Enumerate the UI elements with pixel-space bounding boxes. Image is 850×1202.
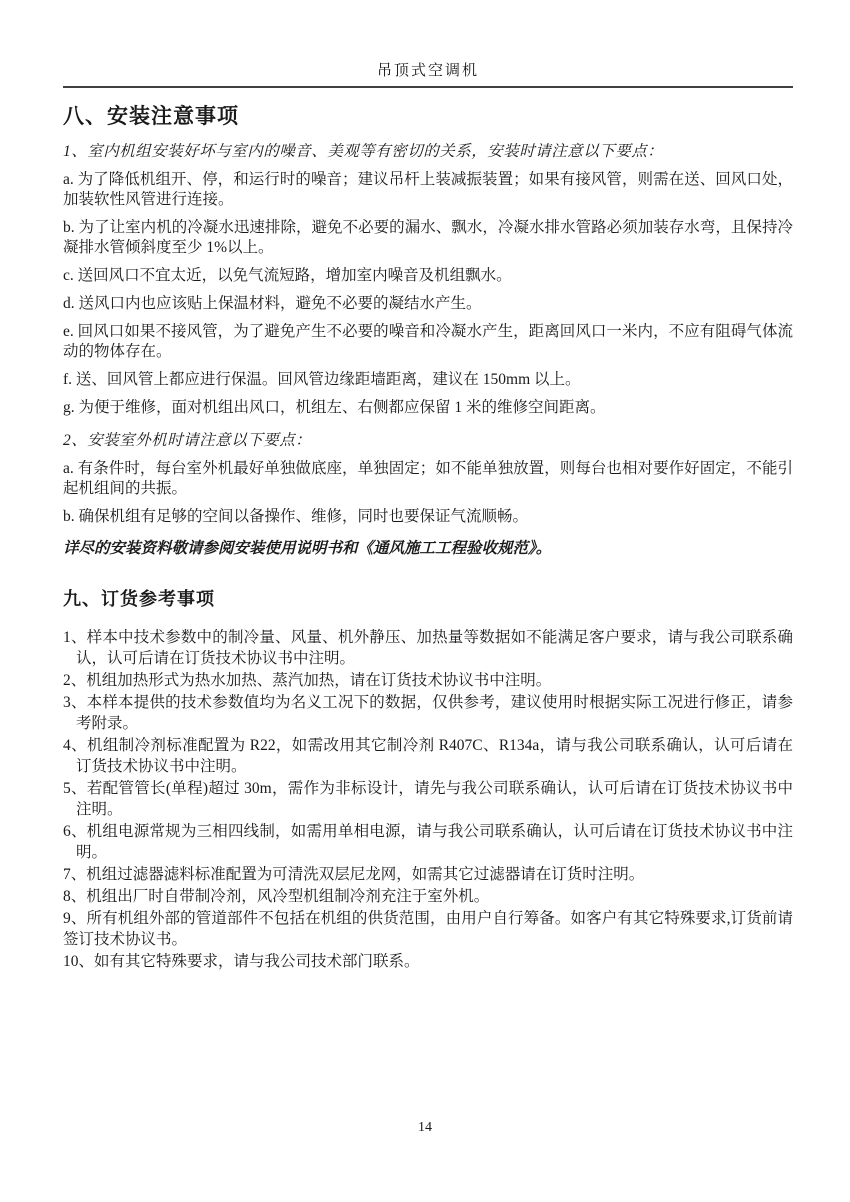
list-item-6: 6、机组电源常规为三相四线制，如需用单相电源，请与我公司联系确认，认可后请在订货… xyxy=(63,821,793,863)
paragraph-8-1-e: e. 回风口如果不接风管，为了避免产生不必要的噪音和冷凝水产生，距离回风口一米内… xyxy=(63,322,793,362)
section-8-footnote: 详尽的安装资料敬请参阅安装使用说明书和《通风施工工程验收规范》。 xyxy=(63,539,793,559)
section-9-title: 九、订货参考事项 xyxy=(63,587,793,611)
list-item-4: 4、机组制冷剂标准配置为 R22，如需改用其它制冷剂 R407C、R134a，请… xyxy=(63,735,793,777)
paragraph-8-1-b: b. 为了让室内机的冷凝水迅速排除，避免不必要的漏水、飘水，冷凝水排水管路必须加… xyxy=(63,218,793,258)
header-rule xyxy=(63,86,793,88)
list-item-9: 9、所有机组外部的管道部件不包括在机组的供货范围，由用户自行筹备。如客户有其它特… xyxy=(63,908,793,950)
paragraph-8-1-d: d. 送风口内也应该贴上保温材料，避免不必要的凝结水产生。 xyxy=(63,294,793,314)
ordering-notes-list: 1、样本中技术参数中的制冷量、风量、机外静压、加热量等数据如不能满足客户要求，请… xyxy=(63,627,793,972)
list-item-3: 3、本样本提供的技术参数值均为名义工况下的数据，仅供参考，建议使用时根据实际工况… xyxy=(63,692,793,734)
list-item-10: 10、如有其它特殊要求，请与我公司技术部门联系。 xyxy=(63,951,793,972)
paragraph-8-1-c: c. 送回风口不宜太近，以免气流短路，增加室内噪音及机组飘水。 xyxy=(63,266,793,286)
paragraph-8-1-g: g. 为便于维修，面对机组出风口，机组左、右侧都应保留 1 米的维修空间距离。 xyxy=(63,398,793,418)
section-8-item-1-heading: 1、室内机组安装好坏与室内的噪音、美观等有密切的关系，安装时请注意以下要点： xyxy=(63,142,793,162)
section-8-item-2-heading: 2、安装室外机时请注意以下要点： xyxy=(63,431,793,451)
document-page: 吊顶式空调机 八、安装注意事项 1、室内机组安装好坏与室内的噪音、美观等有密切的… xyxy=(0,0,850,1202)
paragraph-8-2-a: a. 有条件时，每台室外机最好单独做底座，单独固定；如不能单独放置，则每台也相对… xyxy=(63,459,793,499)
paragraph-8-1-f: f. 送、回风管上都应进行保温。回风管边缘距墙距离，建议在 150mm 以上。 xyxy=(63,370,793,390)
section-8-title: 八、安装注意事项 xyxy=(63,103,793,129)
list-item-5: 5、若配管管长(单程)超过 30m，需作为非标设计，请先与我公司联系确认，认可后… xyxy=(63,778,793,820)
page-number: 14 xyxy=(0,1120,850,1136)
paragraph-8-1-a: a. 为了降低机组开、停，和运行时的噪音；建议吊杆上装减振装置；如果有接风管，则… xyxy=(63,170,793,210)
list-item-1: 1、样本中技术参数中的制冷量、风量、机外静压、加热量等数据如不能满足客户要求，请… xyxy=(63,627,793,669)
running-header-title: 吊顶式空调机 xyxy=(63,0,793,80)
list-item-2: 2、机组加热形式为热水加热、蒸汽加热，请在订货技术协议书中注明。 xyxy=(63,670,793,691)
paragraph-8-2-b: b. 确保机组有足够的空间以备操作、维修，同时也要保证气流顺畅。 xyxy=(63,507,793,527)
list-item-8: 8、机组出厂时自带制冷剂，风冷型机组制冷剂充注于室外机。 xyxy=(63,886,793,907)
list-item-7: 7、机组过滤器滤料标准配置为可清洗双层尼龙网，如需其它过滤器请在订货时注明。 xyxy=(63,864,793,885)
